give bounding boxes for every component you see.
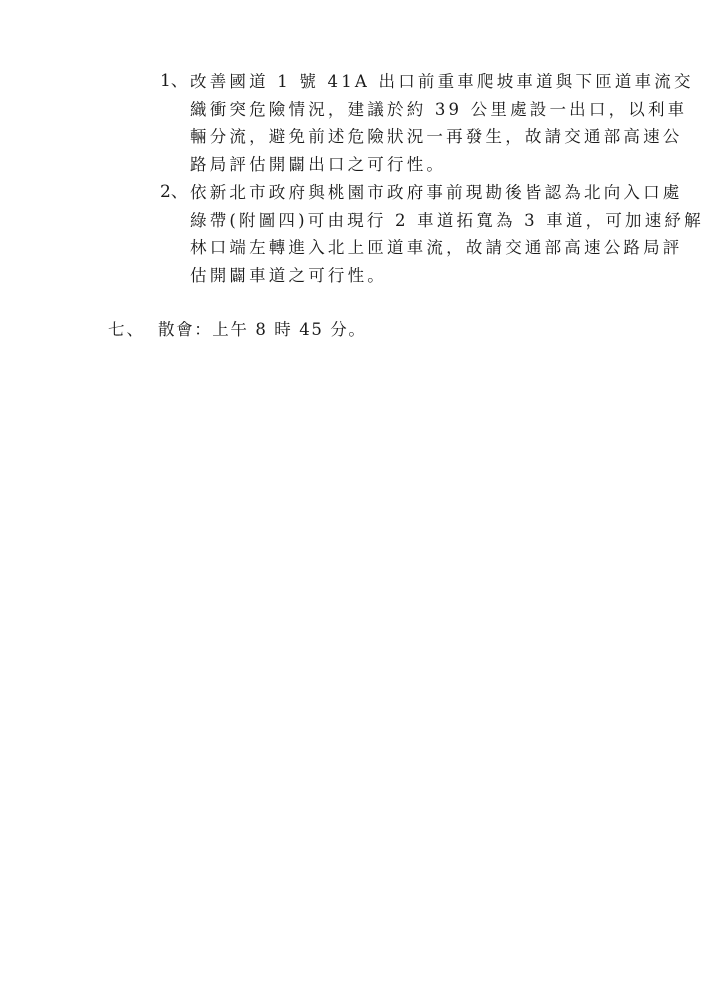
text-line: 依新北市政府與桃園市政府事前現勘後皆認為北向入口處 bbox=[190, 179, 620, 207]
text-line: 估開闢車道之可行性。 bbox=[190, 262, 620, 290]
item-number: 1、 bbox=[160, 68, 188, 96]
document-page: 1、 改善國道 1 號 41A 出口前重車爬坡車道與下匝道車流交 織衝突危險情況… bbox=[0, 0, 707, 1000]
text-line: 路局評估開闢出口之可行性。 bbox=[190, 151, 620, 179]
text-line: 綠帶(附圖四)可由現行 2 車道拓寬為 3 車道，可加速紓解 bbox=[190, 207, 620, 235]
item-text: 改善國道 1 號 41A 出口前重車爬坡車道與下匝道車流交 織衝突危險情況，建議… bbox=[190, 68, 620, 178]
text-line: 改善國道 1 號 41A 出口前重車爬坡車道與下匝道車流交 bbox=[190, 68, 620, 96]
section-text: 散會：上午 8 時 45 分。 bbox=[158, 320, 366, 339]
text-line: 織衝突危險情況，建議於約 39 公里處設一出口，以利車 bbox=[190, 96, 620, 124]
list-item-1: 1、 改善國道 1 號 41A 出口前重車爬坡車道與下匝道車流交 織衝突危險情況… bbox=[160, 68, 620, 178]
section-adjournment: 七、散會：上午 8 時 45 分。 bbox=[108, 316, 366, 343]
list-item-2: 2、 依新北市政府與桃園市政府事前現勘後皆認為北向入口處 綠帶(附圖四)可由現行… bbox=[160, 179, 620, 289]
item-number: 2、 bbox=[160, 179, 188, 207]
item-text: 依新北市政府與桃園市政府事前現勘後皆認為北向入口處 綠帶(附圖四)可由現行 2 … bbox=[190, 179, 620, 289]
text-line: 林口端左轉進入北上匝道車流，故請交通部高速公路局評 bbox=[190, 234, 620, 262]
text-line: 輛分流，避免前述危險狀況一再發生，故請交通部高速公 bbox=[190, 123, 620, 151]
section-marker: 七、 bbox=[108, 316, 158, 343]
